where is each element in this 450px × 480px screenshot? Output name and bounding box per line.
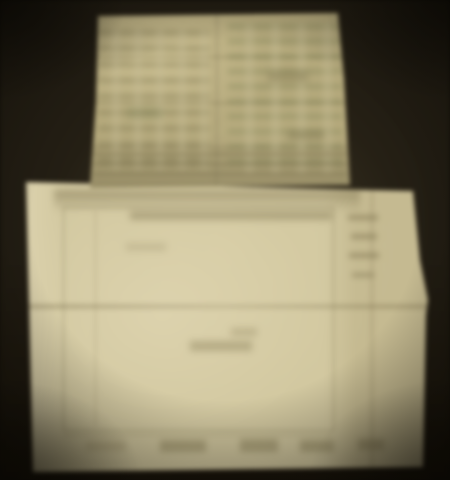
photograph [0,0,450,480]
vignette-overlay [0,0,450,480]
